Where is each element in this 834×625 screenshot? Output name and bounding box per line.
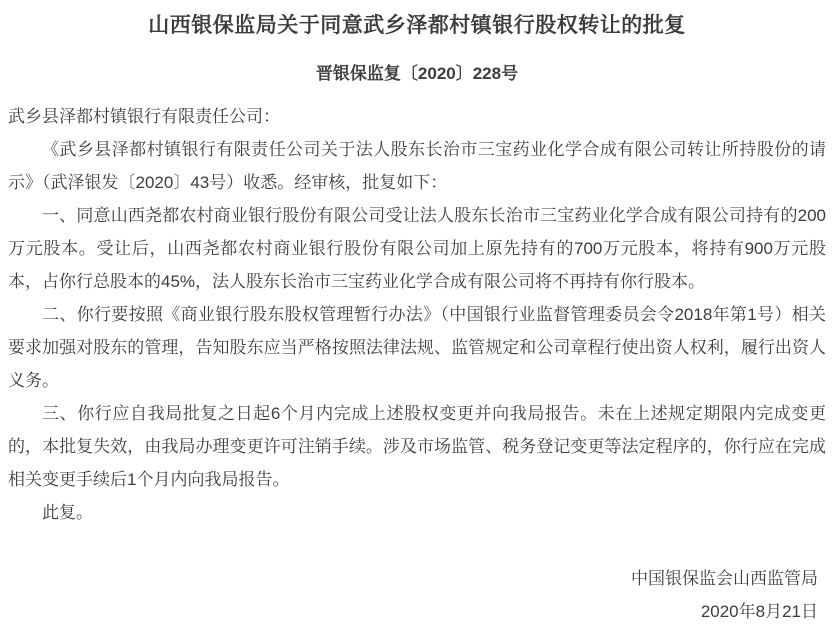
approval-document-page: 山西银保监局关于同意武乡泽都村镇银行股权转让的批复 晋银保监复〔2020〕228… <box>0 0 834 625</box>
issue-date: 2020年8月21日 <box>8 595 818 625</box>
addressee-line: 武乡县泽都村镇银行有限责任公司： <box>8 100 826 133</box>
paragraph-closing: 此复。 <box>8 496 826 529</box>
signature-block: 中国银保监会山西监管局 2020年8月21日 <box>8 562 826 625</box>
paragraph-intro: 《武乡县泽都村镇银行有限责任公司关于法人股东长治市三宝药业化学合成有限公司转让所… <box>8 133 826 199</box>
document-body: 武乡县泽都村镇银行有限责任公司： 《武乡县泽都村镇银行有限责任公司关于法人股东长… <box>8 100 826 529</box>
paragraph-item-one: 一、同意山西尧都农村商业银行股份有限公司受让法人股东长治市三宝药业化学合成有限公… <box>8 199 826 298</box>
paragraph-item-two: 二、你行要按照《商业银行股东股权管理暂行办法》（中国银行业监督管理委员会令201… <box>8 298 826 397</box>
document-number: 晋银保监复〔2020〕228号 <box>8 63 826 84</box>
document-title: 山西银保监局关于同意武乡泽都村镇银行股权转让的批复 <box>8 12 826 40</box>
paragraph-item-three: 三、你行应自我局批复之日起6个月内完成上述股权变更并向我局报告。未在上述规定期限… <box>8 397 826 496</box>
issuer-signature: 中国银保监会山西监管局 <box>8 562 818 595</box>
